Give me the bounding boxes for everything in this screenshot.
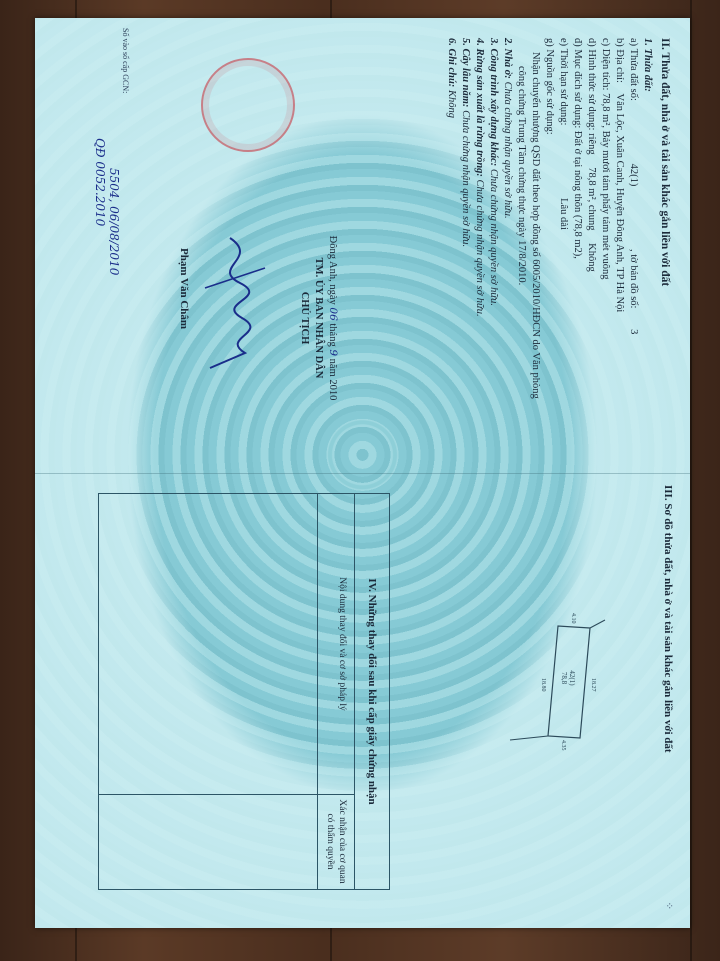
house-label: 2. Nhà ở:: [502, 38, 513, 79]
usage-form-label: d) Hình thức sử dụng: riêng: [586, 38, 597, 155]
perennial-row: 5. Cây lâu năm: Chưa chứng nhận quyền sở…: [458, 38, 472, 458]
land-certificate-sheet: II. Thửa đất, nhà ở và tài sản khác gắn …: [35, 18, 690, 928]
signer-title: CHỦ TỊCH: [297, 188, 311, 448]
registration-handwritten-1: 5504, 06/08/2010: [107, 28, 121, 448]
origin-line-1: Nhận chuyển nhượng QSD đất theo hợp đồng…: [528, 38, 542, 458]
svg-text:78,8: 78,8: [560, 672, 568, 685]
purpose-value: Đất ở tại nông thôn (78,8 m2),: [572, 131, 583, 259]
handwritten-signature-icon: [200, 228, 270, 378]
forest-value: Chưa chứng nhận quyền sở hữu.: [474, 180, 485, 317]
svg-text:4.10: 4.10: [570, 613, 576, 624]
svg-text:18.80: 18.80: [540, 678, 546, 692]
address-row: b) Địa chỉ: Vân Lộc, Xuân Canh, Huyện Đô…: [612, 38, 626, 458]
map-sheet-label: , tờ bản đồ số:: [628, 249, 639, 309]
construction-row: 3. Công trình xây dựng khác: Chưa chứng …: [486, 38, 500, 458]
registration-handwritten-2: QĐ 0052.2010: [93, 28, 107, 448]
notes-label: 6. Ghi chú:: [446, 38, 457, 87]
usage-form-row: d) Hình thức sử dụng: riêng 78,8 m², chu…: [584, 38, 598, 458]
svg-text:42(1): 42(1): [568, 670, 576, 686]
section-iii-title: III. Sơ đồ thửa đất, nhà ở và tài sản kh…: [662, 485, 674, 753]
pencil-mark: ⁘: [663, 902, 674, 910]
area-row: c) Diện tích: 78,8 m², Bảy mươi tám phẩy…: [598, 38, 612, 458]
construction-label: 3. Công trình xây dựng khác:: [488, 38, 499, 166]
house-value: Chưa chứng nhận quyền sở hữu.: [502, 82, 513, 219]
area-label: c) Diện tích:: [600, 38, 611, 90]
authority: TM. ỦY BAN NHÂN DÂN: [311, 188, 325, 448]
official-red-stamp: [201, 58, 295, 152]
page-section-ii: II. Thửa đất, nhà ở và tài sản khác gắn …: [35, 18, 690, 473]
forest-row: 4. Rừng sản xuất là rừng trồng: Chưa chứ…: [472, 38, 486, 458]
term-value: Lâu dài: [558, 198, 569, 230]
usage-private: 78,8 m², chung: [586, 167, 597, 230]
parcel-row: a) Thửa đất số: 42(1) , tờ bản đồ số: 3: [626, 38, 640, 458]
signer-name: Phạm Văn Châm: [178, 248, 190, 329]
construction-value: Chưa chứng nhận quyền sở hữu.: [488, 169, 499, 306]
svg-text:18.27: 18.27: [590, 678, 596, 692]
section-ii: II. Thửa đất, nhà ở và tài sản khác gắn …: [444, 38, 672, 458]
handwritten-day: 06: [327, 307, 339, 320]
forest-label: 4. Rừng sản xuất là rừng trồng:: [474, 38, 485, 177]
signature-block: Đông Anh, ngày 06 tháng 9 năm 2010 TM. Ủ…: [297, 188, 340, 448]
land-heading: 1. Thửa đất:: [640, 38, 654, 458]
perennial-value: Chưa chứng nhận quyền sở hữu.: [460, 110, 471, 247]
perennial-label: 5. Cây lâu năm:: [460, 38, 471, 107]
col-confirm-header: Xác nhận của cơ quan có thẩm quyền: [317, 794, 354, 889]
desk-seam: [690, 0, 692, 961]
notes-row: 6. Ghi chú: Không: [444, 38, 458, 458]
term-label: e) Thời hạn sử dụng:: [558, 38, 569, 125]
section-ii-title: II. Thửa đất, nhà ở và tài sản khác gắn …: [658, 38, 672, 458]
place-date: Đông Anh, ngày 06 tháng 9 năm 2010: [325, 188, 340, 448]
parcel-diagram: 42(1) 78,8 4.10 4.35 18.27 18.80: [500, 608, 610, 758]
changes-confirm-column: Xác nhận của cơ quan có thẩm quyền: [99, 794, 355, 889]
term-row: e) Thời hạn sử dụng: Lâu dài: [556, 38, 570, 458]
map-sheet-number: 3: [628, 329, 639, 334]
handwritten-month: 9: [327, 349, 339, 356]
purpose-label: đ) Mục đích sử dụng:: [572, 38, 583, 128]
purpose-row: đ) Mục đích sử dụng: Đất ở tại nông thôn…: [570, 38, 584, 458]
changes-table: IV. Những thay đổi sau khi cấp giấy chứn…: [98, 493, 390, 890]
origin-label: g) Nguồn gốc sử dụng:: [542, 38, 556, 458]
registration-label: Số vào sổ cấp GCN:: [121, 28, 130, 448]
changes-content-column: Nội dung thay đổi và cơ sở pháp lý: [99, 494, 355, 795]
house-row: 2. Nhà ở: Chưa chứng nhận quyền sở hữu.: [500, 38, 514, 458]
usage-shared: Không: [586, 243, 597, 272]
address-value: Vân Lộc, Xuân Canh, Huyện Đông Anh, TP H…: [614, 94, 625, 313]
registration-number: Số vào sổ cấp GCN: 5504, 06/08/2010 QĐ 0…: [93, 28, 130, 448]
parcel-label: a) Thửa đất số:: [628, 38, 639, 101]
section-iv-title: IV. Những thay đổi sau khi cấp giấy chứn…: [355, 494, 389, 889]
origin-line-2: công chứng Trung Tâm chứng thực ngày 17/…: [514, 38, 528, 458]
address-label: b) Địa chỉ:: [614, 38, 625, 83]
parcel-number: 42(1): [628, 164, 639, 187]
notes-value: Không: [446, 90, 457, 118]
page-section-iii-iv: III. Sơ đồ thửa đất, nhà ở và tài sản kh…: [35, 473, 690, 928]
svg-text:4.35: 4.35: [560, 740, 566, 751]
col-content-header: Nội dung thay đổi và cơ sở pháp lý: [317, 494, 354, 794]
area-value: 78,8 m², Bảy mươi tám phẩy tám mét vuông: [600, 93, 611, 279]
